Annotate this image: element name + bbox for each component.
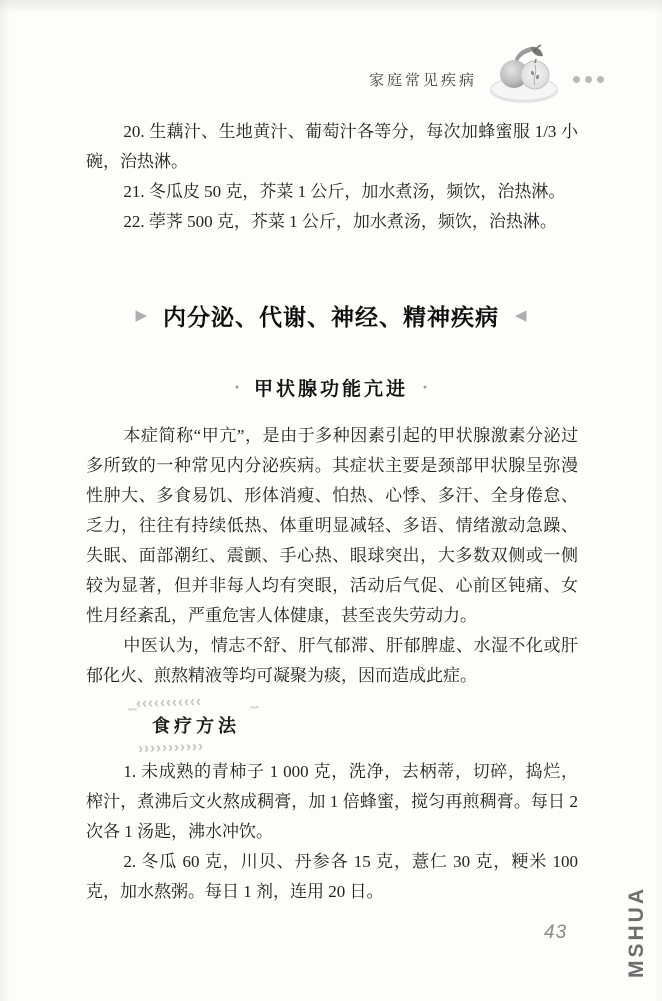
chevron-border-bottom-icon: ›››››››››››: [138, 737, 258, 756]
section-title: 内分泌、代谢、神经、精神疾病: [163, 299, 499, 332]
side-dot-icon: ·: [422, 378, 428, 396]
remedy-item: 22. 荸荠 500 克，芥菜 1 公斤，加水煮汤，频饮，治热淋。: [86, 207, 578, 237]
chevron-border-top-icon: ‹‹‹‹‹‹‹‹‹‹‹: [136, 692, 256, 711]
apple-stem-leaf-shape: [515, 45, 543, 62]
article-paragraph: 中医认为，情志不舒、肝气郁滞、肝郁脾虚、水湿不化或肝郁化火、煎熬精液等均可凝聚为…: [86, 631, 578, 691]
therapy-item: 2. 冬瓜 60 克，川贝、丹参各 15 克，薏仁 30 克，粳米 100 克，…: [86, 847, 578, 907]
therapy-badge-label: 食疗方法: [128, 712, 264, 738]
page-edge-watermark: MSHUA: [622, 872, 652, 992]
page-header: 家庭常见疾病: [369, 44, 604, 106]
therapy-item: 1. 未成熟的青柿子 1 000 克，洗净，去柄蒂，切碎，捣烂，榨汁，煮沸后文火…: [86, 757, 578, 847]
remedy-item: 20. 生藕汁、生地黄汁、葡萄汁各等分，每次加蜂蜜服 1/3 小碗，治热淋。: [86, 117, 578, 177]
three-dots-icon: [573, 76, 604, 83]
subsection-heading: · 甲状腺功能亢进 ·: [0, 372, 662, 402]
remedy-list: 20. 生藕汁、生地黄汁、葡萄汁各等分，每次加蜂蜜服 1/3 小碗，治热淋。 2…: [86, 117, 578, 237]
half-apple-shape: [521, 59, 549, 89]
section-heading: ▶ 内分泌、代谢、神经、精神疾病 ◀: [0, 293, 662, 337]
apple-plate-photo-icon: [487, 44, 563, 106]
side-dot-icon: ·: [234, 378, 240, 396]
remedy-item: 21. 冬瓜皮 50 克，芥菜 1 公斤，加水煮汤，频饮，治热淋。: [86, 177, 578, 207]
subsection-title: 甲状腺功能亢进: [254, 374, 408, 401]
running-title: 家庭常见疾病: [369, 69, 477, 90]
left-triangle-icon: ◀: [515, 309, 527, 324]
book-page: 家庭常见疾病: [0, 0, 662, 1001]
article-body: 本症简称“甲亢”，是由于多种因素引起的甲状腺激素分泌过多所致的一种常见内分泌疾病…: [86, 421, 578, 691]
dot: [585, 76, 592, 83]
therapy-list: 1. 未成熟的青柿子 1 000 克，洗净，去柄蒂，切碎，捣烂，榨汁，煮沸后文火…: [86, 757, 578, 907]
dot: [597, 76, 604, 83]
therapy-badge: ‹‹‹‹‹‹‹‹‹‹‹ ››››››››››› ˇˇ ˆˆ 食疗方法: [128, 696, 264, 752]
dot: [573, 76, 580, 83]
article-paragraph: 本症简称“甲亢”，是由于多种因素引起的甲状腺激素分泌过多所致的一种常见内分泌疾病…: [86, 421, 578, 631]
page-number: 43: [544, 922, 567, 944]
right-triangle-icon: ▶: [135, 309, 147, 324]
